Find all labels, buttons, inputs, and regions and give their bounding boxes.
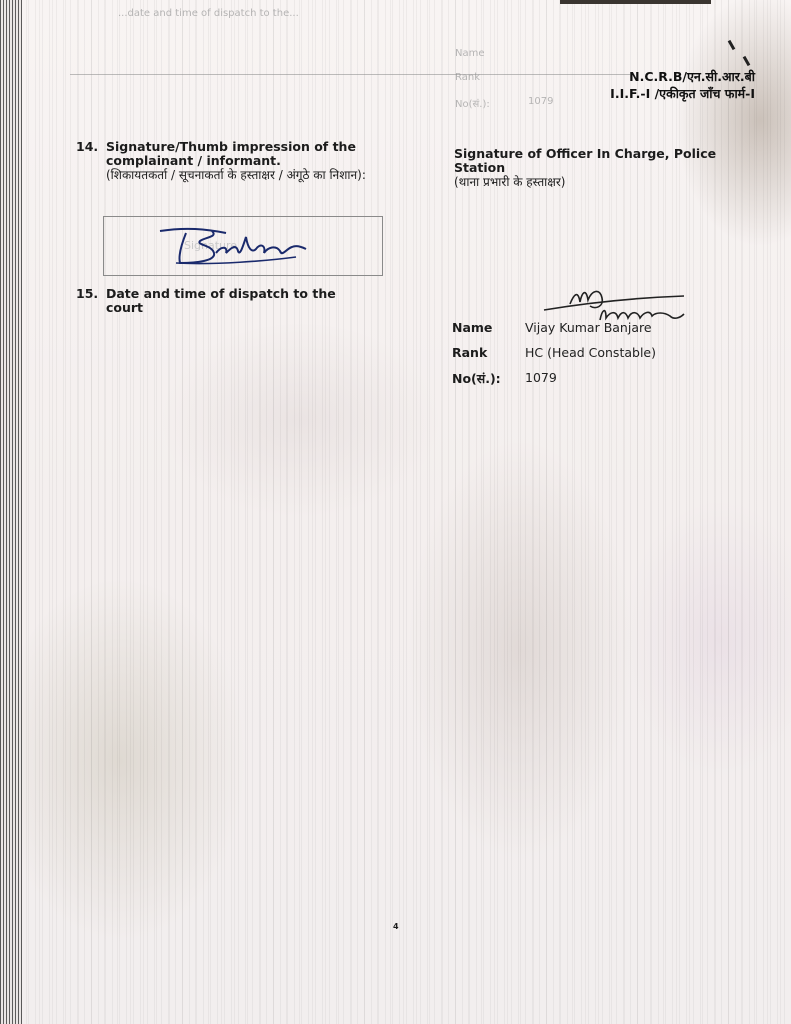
bleed-through-text: ...date and time of dispatch to the... xyxy=(118,8,299,19)
form-code-iif: I.I.F.-I /एकीकृत जाँच फार्म-I xyxy=(610,85,755,102)
bleed-through-label: Name xyxy=(455,48,485,59)
officer-details: Name Vijay Kumar Banjare Rank HC (Head C… xyxy=(452,320,656,395)
item-14-title: Signature/Thumb impression of the compla… xyxy=(106,140,376,168)
item-number: 14. xyxy=(76,140,98,154)
complainant-signature xyxy=(156,223,316,267)
item-14-hindi: (शिकायतकर्ता / सूचनाकर्ता के हस्ताक्षर /… xyxy=(106,168,376,182)
item-14: 14. Signature/Thumb impression of the co… xyxy=(76,140,376,182)
officer-title: Signature of Officer In Charge, Police S… xyxy=(454,147,724,175)
officer-number: 1079 xyxy=(525,370,557,385)
page-number: 4 xyxy=(393,922,399,931)
item-number: 15. xyxy=(76,287,98,301)
item-15-title: Date and time of dispatch to the court xyxy=(106,287,376,315)
faded-divider xyxy=(70,74,630,75)
field-label: No(सं.): xyxy=(452,370,525,387)
officer-signature-section: Signature of Officer In Charge, Police S… xyxy=(454,147,724,189)
officer-number-row: No(सं.): 1079 xyxy=(452,370,656,395)
officer-rank: HC (Head Constable) xyxy=(525,345,656,360)
scan-top-edge xyxy=(560,0,711,4)
officer-name: Vijay Kumar Banjare xyxy=(525,320,652,335)
officer-name-row: Name Vijay Kumar Banjare xyxy=(452,320,656,345)
item-15: 15. Date and time of dispatch to the cou… xyxy=(76,287,376,315)
complainant-signature-box: Signature xyxy=(103,216,383,276)
bleed-through-label: No(सं.): xyxy=(455,96,490,110)
scan-left-edge xyxy=(0,0,22,1024)
officer-hindi: (थाना प्रभारी के हस्ताक्षर) xyxy=(454,175,724,189)
field-label: Rank xyxy=(452,345,525,360)
form-code-ncrb: N.C.R.B/एन.सी.आर.बी xyxy=(610,68,755,85)
field-label: Name xyxy=(452,320,525,335)
form-code: N.C.R.B/एन.सी.आर.बी I.I.F.-I /एकीकृत जाँ… xyxy=(610,68,755,102)
bleed-through-value: 1079 xyxy=(528,96,553,107)
officer-rank-row: Rank HC (Head Constable) xyxy=(452,345,656,370)
